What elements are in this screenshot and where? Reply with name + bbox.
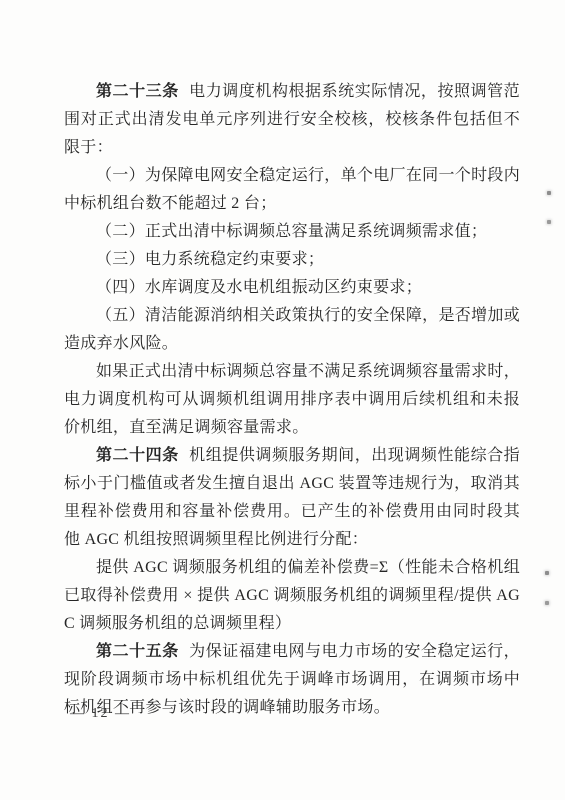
paragraph-text: （四）水库调度及水电机组振动区约束要求； bbox=[96, 279, 422, 296]
paragraph-item-3: （三）电力系统稳定约束要求； bbox=[64, 246, 520, 274]
paragraph-item-5: （五）清洁能源消纳相关政策执行的安全保障，是否增加或造成弃水风险。 bbox=[64, 302, 520, 358]
paragraph-article-23: 第二十三条电力调度机构根据系统实际情况，按照调管范围对正式出清发电单元序列进行安… bbox=[64, 78, 520, 162]
paragraph-text: （二）正式出清中标调频总容量满足系统调频需求值； bbox=[96, 223, 487, 240]
paragraph-text: （五）清洁能源消纳相关政策执行的安全保障，是否增加或造成弃水风险。 bbox=[64, 307, 520, 352]
article-23-number: 第二十三条 bbox=[96, 83, 179, 100]
scan-speck bbox=[545, 571, 549, 575]
paragraph-article-24: 第二十四条机组提供调频服务期间，出现调频性能综合指标小于门槛值或者发生擅自退出 … bbox=[64, 442, 520, 554]
document-page: 第二十三条电力调度机构根据系统实际情况，按照调管范围对正式出清发电单元序列进行安… bbox=[0, 0, 565, 800]
page-number: — 12 — bbox=[70, 706, 131, 722]
document-body: 第二十三条电力调度机构根据系统实际情况，按照调管范围对正式出清发电单元序列进行安… bbox=[64, 78, 520, 722]
paragraph-text: 如果正式出清中标调频总容量不满足系统调频容量需求时，电力调度机构可从调频机组调用… bbox=[64, 363, 520, 436]
paragraph-item-1: （一）为保障电网安全稳定运行，单个电厂在同一个时段内中标机组台数不能超过 2 台… bbox=[64, 162, 520, 218]
article-25-number: 第二十五条 bbox=[96, 643, 179, 660]
scan-speck bbox=[547, 191, 551, 195]
paragraph-followup-23: 如果正式出清中标调频总容量不满足系统调频容量需求时，电力调度机构可从调频机组调用… bbox=[64, 358, 520, 442]
paragraph-item-4: （四）水库调度及水电机组振动区约束要求； bbox=[64, 274, 520, 302]
paragraph-article-25: 第二十五条为保证福建电网与电力市场的安全稳定运行，现阶段调频市场中标机组优先于调… bbox=[64, 638, 520, 722]
paragraph-text: 提供 AGC 调频服务机组的偏差补偿费=Σ（性能未合格机组已取得补偿费用 × 提… bbox=[64, 559, 520, 632]
paragraph-formula: 提供 AGC 调频服务机组的偏差补偿费=Σ（性能未合格机组已取得补偿费用 × 提… bbox=[64, 554, 520, 638]
paragraph-item-2: （二）正式出清中标调频总容量满足系统调频需求值； bbox=[64, 218, 520, 246]
scan-speck bbox=[545, 601, 549, 605]
article-24-number: 第二十四条 bbox=[96, 447, 179, 464]
scan-speck bbox=[547, 220, 551, 224]
paragraph-text: （一）为保障电网安全稳定运行，单个电厂在同一个时段内中标机组台数不能超过 2 台… bbox=[64, 167, 520, 212]
paragraph-text: （三）电力系统稳定约束要求； bbox=[96, 251, 324, 268]
